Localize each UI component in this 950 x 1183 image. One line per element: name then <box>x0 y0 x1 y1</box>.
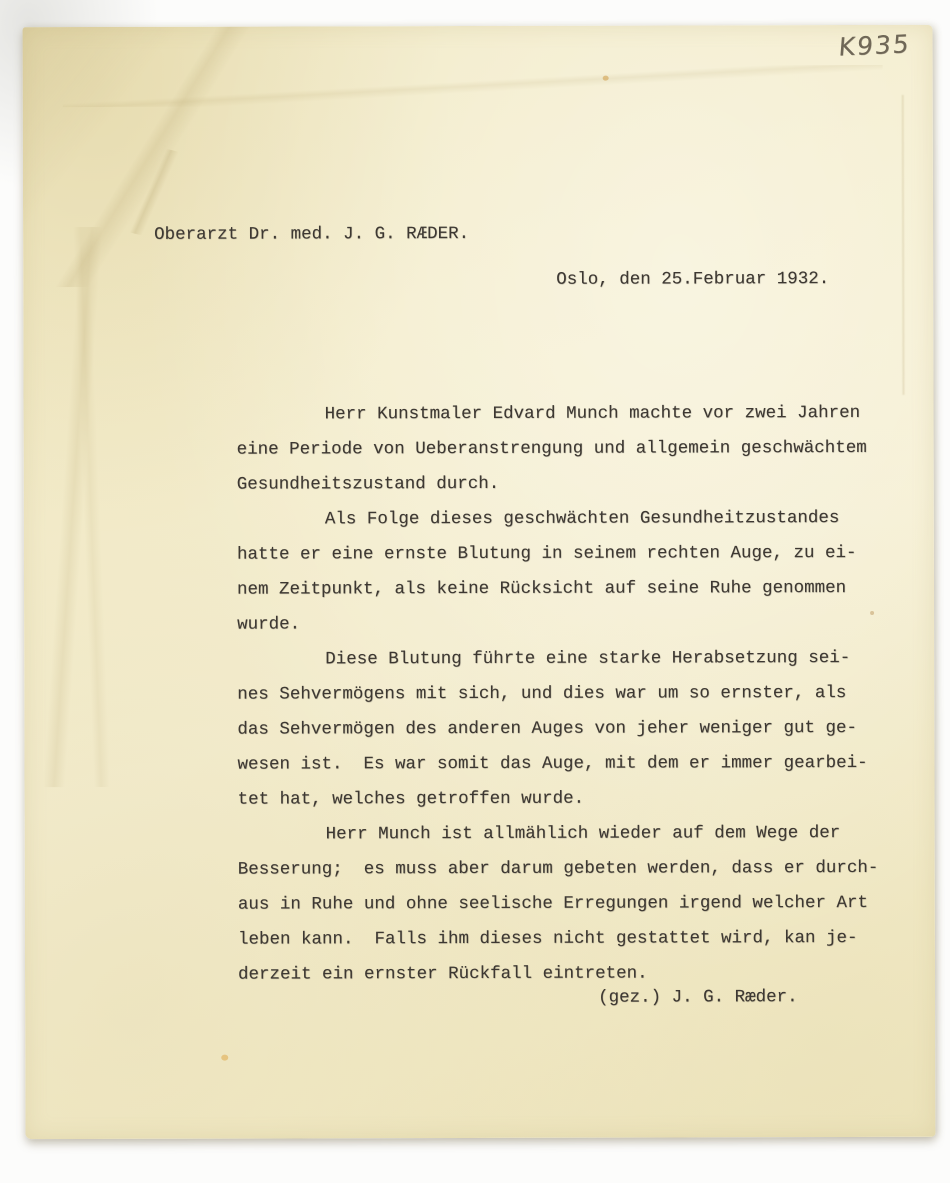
letter-line: Diese Blutung führte eine starke Herabse… <box>237 641 877 678</box>
letter-line: eine Periode von Ueberanstrengung und al… <box>237 431 877 468</box>
archive-code-annotation: K935 <box>838 29 912 61</box>
paragraph: Als Folge dieses geschwächten Gesundheit… <box>237 501 877 643</box>
paper-stain-speck <box>221 1055 228 1061</box>
letter-paper: K935 Oberarzt Dr. med. J. G. RÆDER. Oslo… <box>23 25 936 1139</box>
letter-line: tet hat, welches getroffen wurde. <box>238 781 878 818</box>
paper-crease-topleft <box>23 27 284 288</box>
letter-line: leben kann. Falls ihm dieses nicht gesta… <box>238 921 878 958</box>
letter-line: nes Sehvermögens mit sich, und dies war … <box>237 676 877 713</box>
paper-crease-left <box>37 227 108 787</box>
letter-line: Herr Kunstmaler Edvard Munch machte vor … <box>237 396 877 433</box>
sender-line: Oberarzt Dr. med. J. G. RÆDER. <box>154 224 469 245</box>
paragraph: Herr Munch ist allmählich wieder auf dem… <box>238 816 878 993</box>
letter-line: das Sehvermögen des anderen Auges von je… <box>237 711 877 748</box>
paragraph: Diese Blutung führte eine starke Herabse… <box>237 641 877 818</box>
dateline: Oslo, den 25.Februar 1932. <box>556 269 829 290</box>
paper-crease-top <box>63 65 883 107</box>
paragraph: Herr Kunstmaler Edvard Munch machte vor … <box>237 396 877 503</box>
letter-body: Herr Kunstmaler Edvard Munch machte vor … <box>237 396 879 993</box>
letter-line: aus in Ruhe und ohne seelische Erregunge… <box>238 886 878 923</box>
paper-stain-speck <box>603 76 609 81</box>
letter-line: hatte er eine ernste Blutung in seinem r… <box>237 536 877 573</box>
letter-line: Gesundheitszustand durch. <box>237 466 877 503</box>
letter-line: Herr Munch ist allmählich wieder auf dem… <box>238 816 878 853</box>
letter-line: nem Zeitpunkt, als keine Rücksicht auf s… <box>237 571 877 608</box>
scan-background: K935 Oberarzt Dr. med. J. G. RÆDER. Oslo… <box>0 0 950 1183</box>
letter-line: Besserung; es muss aber darum gebeten we… <box>238 851 878 888</box>
letter-line: wesen ist. Es war somit das Auge, mit de… <box>237 746 877 783</box>
signature-line: (gez.) J. G. Ræder. <box>598 987 798 1008</box>
letter-line: Als Folge dieses geschwächten Gesundheit… <box>237 501 877 538</box>
letter-line: wurde. <box>237 606 877 643</box>
paper-crease-right <box>899 95 908 395</box>
